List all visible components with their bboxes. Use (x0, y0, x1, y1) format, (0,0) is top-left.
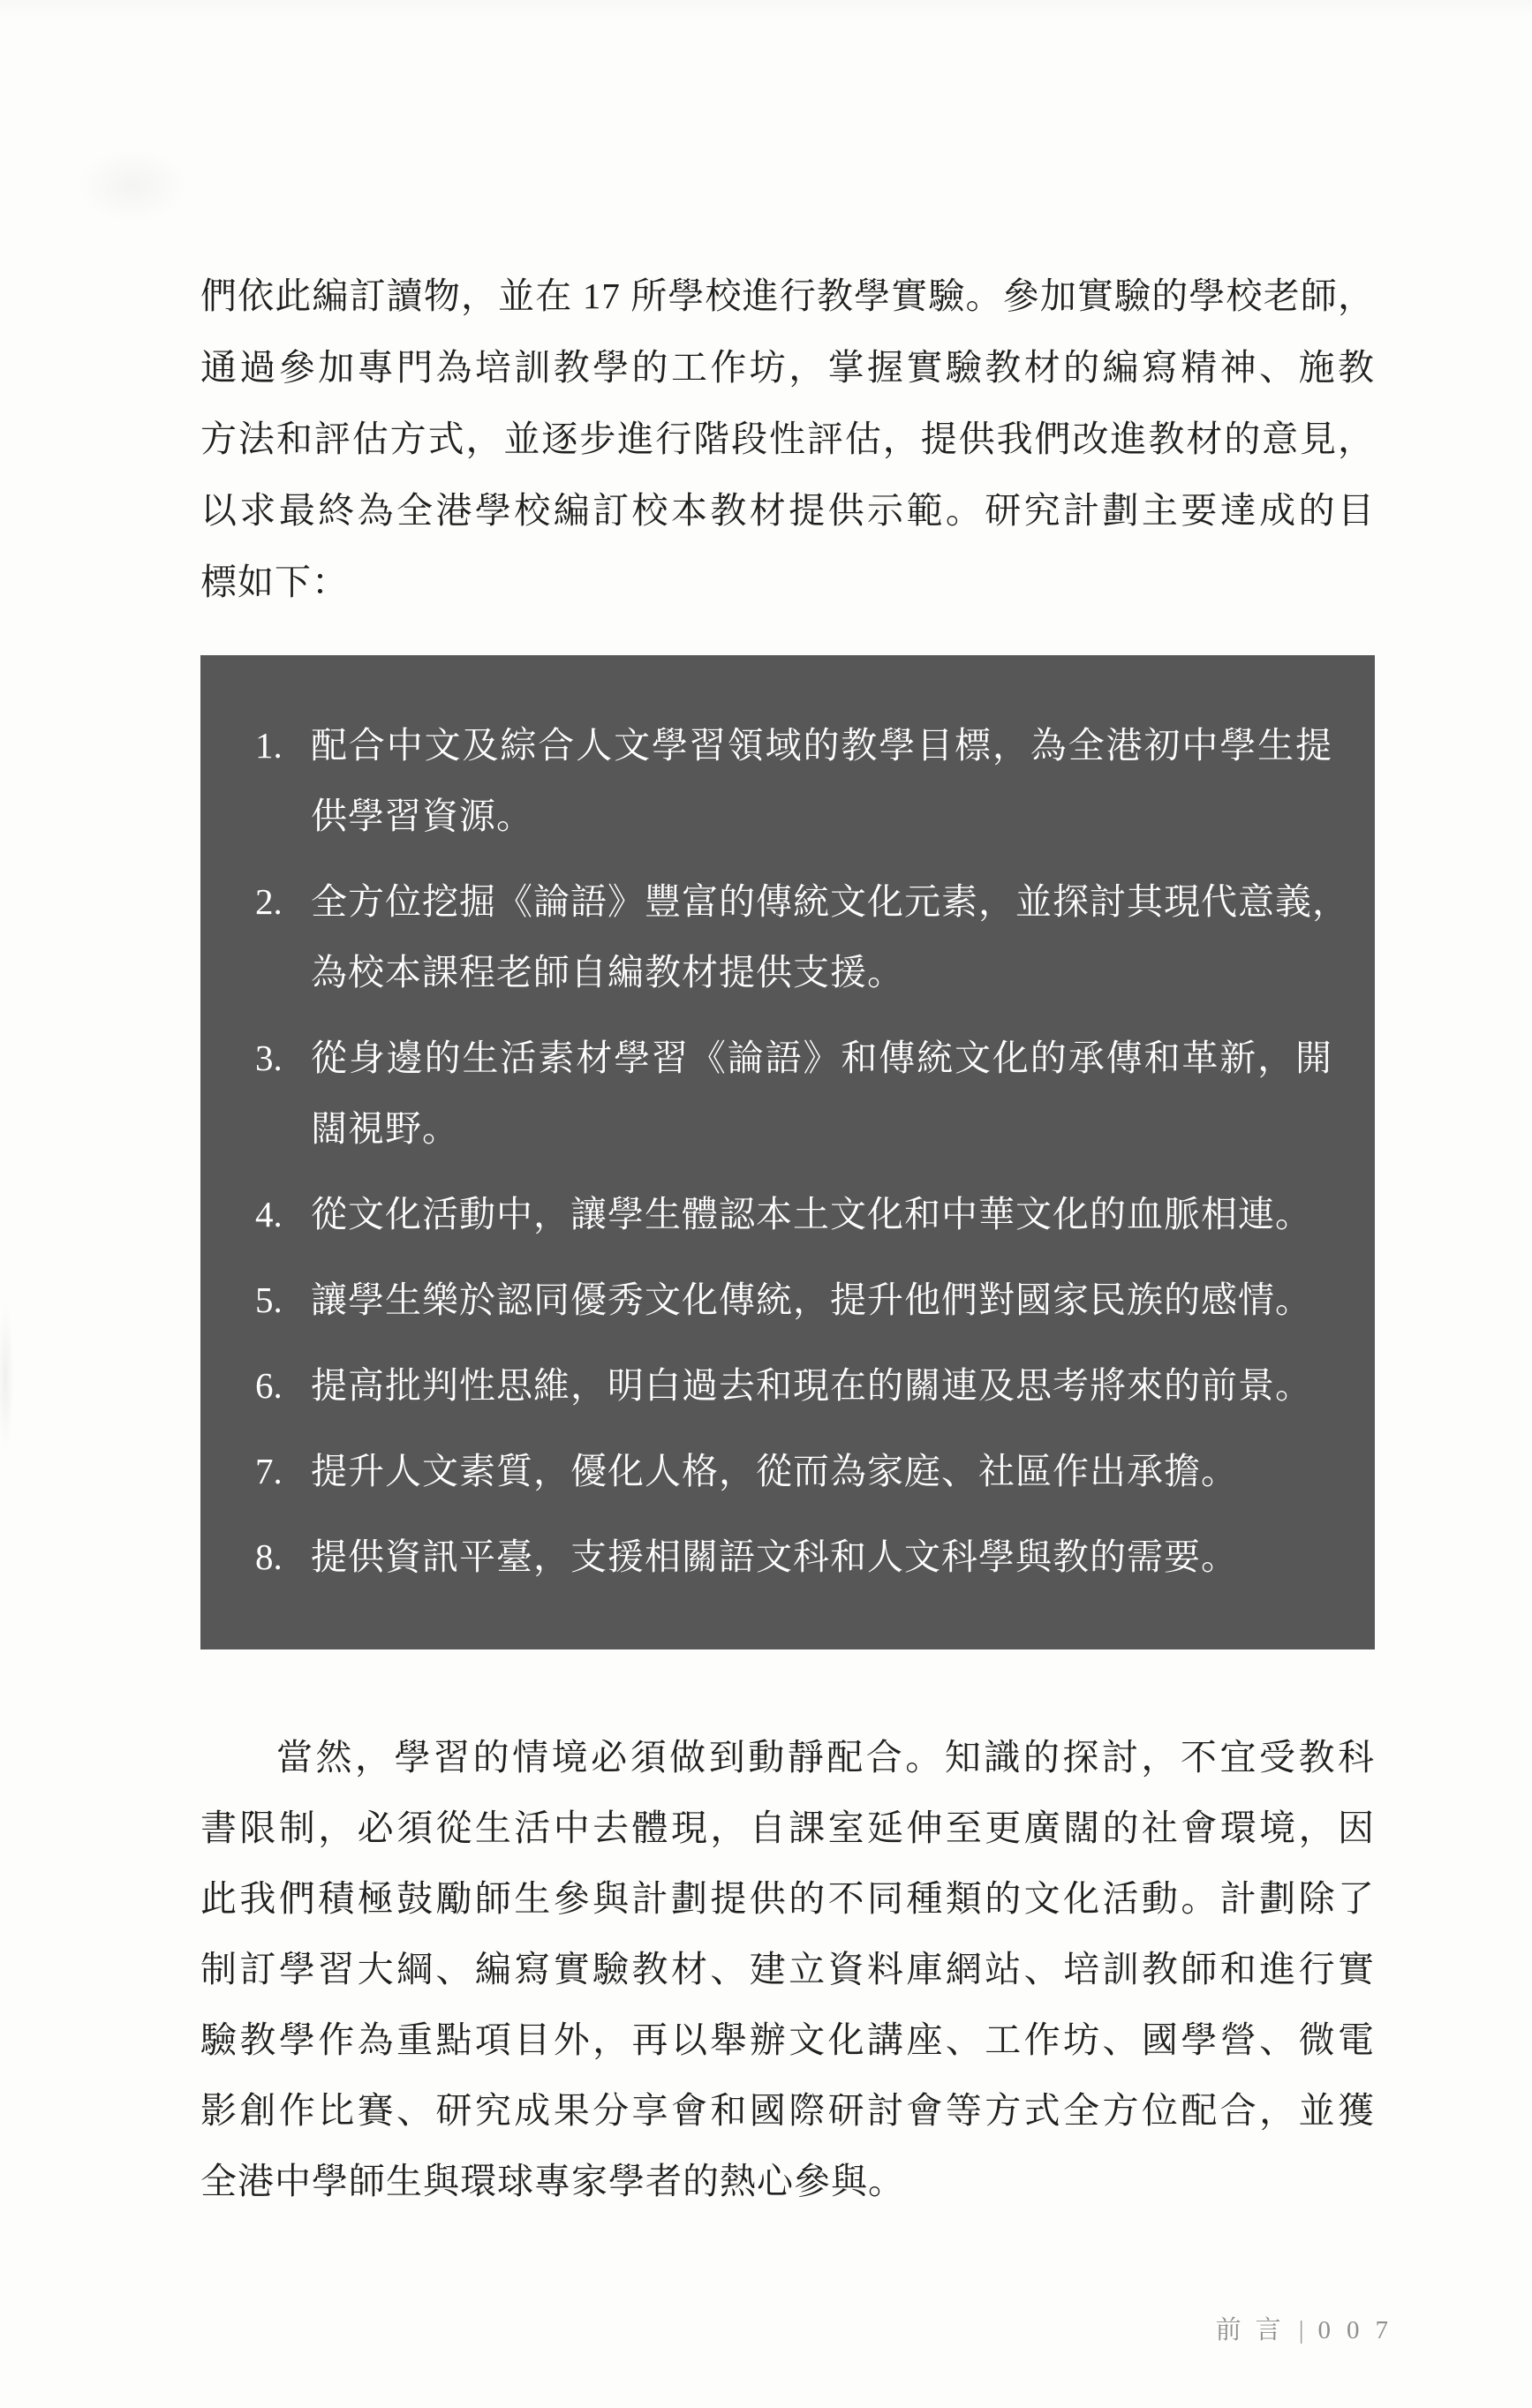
text-line: 通過參加專門為培訓教學的工作坊，掌握實驗教材的編寫精神、施教 (200, 332, 1375, 404)
text-line: 驗教學作為重點項目外，再以舉辦文化講座、工作坊、國學營、微電 (200, 2004, 1375, 2075)
item-text: 從身邊的生活素材學習《論語》和傳統文化的承傳和革新，開闊視野。 (311, 1023, 1332, 1164)
page-footer: 前言|007 (1216, 2310, 1404, 2346)
item-text: 提供資訊平臺，支援相關語文科和人文科學與教的需要。 (311, 1521, 1332, 1592)
text-line: 以求最終為全港學校編訂校本教材提供示範。研究計劃主要達成的目 (200, 475, 1375, 547)
text-line: 制訂學習大綱、編寫實驗教材、建立資料庫網站、培訓教師和進行實 (200, 1934, 1375, 2004)
text-line: 闊視野。 (311, 1093, 1332, 1164)
text-line: 全港中學師生與環球專家學者的熱心參與。 (200, 2146, 1375, 2216)
item-number: 8. (227, 1521, 311, 1592)
item-text: 配合中文及綜合人文學習領域的教學目標，為全港初中學生提供學習資源。 (311, 710, 1332, 851)
text-line: 供學習資源。 (311, 781, 1332, 851)
text-line: 配合中文及綜合人文學習領域的教學目標，為全港初中學生提 (311, 710, 1332, 781)
text-line: 從身邊的生活素材學習《論語》和傳統文化的承傳和革新，開 (311, 1023, 1332, 1093)
objective-item: 6.提高批判性思維，明白過去和現在的關連及思考將來的前景。 (227, 1350, 1332, 1421)
text-line: 影創作比賽、研究成果分享會和國際研討會等方式全方位配合，並獲 (200, 2075, 1375, 2146)
item-number: 4. (227, 1179, 311, 1249)
objective-item: 8.提供資訊平臺，支援相關語文科和人文科學與教的需要。 (227, 1521, 1332, 1592)
text-line: 讓學生樂於認同優秀文化傳統，提升他們對國家民族的感情。 (311, 1264, 1332, 1335)
text-line: 方法和評估方式，並逐步進行階段性評估，提供我們改進教材的意見， (200, 404, 1375, 475)
text-line: 全方位挖掘《論語》豐富的傳統文化元素，並探討其現代意義， (311, 866, 1332, 937)
item-text: 從文化活動中，讓學生體認本土文化和中華文化的血脈相連。 (311, 1179, 1332, 1249)
document-page: 們依此編訂讀物，並在 17 所學校進行教學實驗。參加實驗的學校老師，通過參加專門… (0, 0, 1532, 2408)
objective-item: 5.讓學生樂於認同優秀文化傳統，提升他們對國家民族的感情。 (227, 1264, 1332, 1335)
text-line: 為校本課程老師自編教材提供支援。 (311, 937, 1332, 1008)
objective-item: 1.配合中文及綜合人文學習領域的教學目標，為全港初中學生提供學習資源。 (227, 710, 1332, 851)
page-number: 007 (1318, 2316, 1405, 2344)
item-number: 1. (227, 710, 311, 851)
text-line: 們依此編訂讀物，並在 17 所學校進行教學實驗。參加實驗的學校老師， (200, 260, 1375, 332)
page-content: 們依此編訂讀物，並在 17 所學校進行教學實驗。參加實驗的學校老師，通過參加專門… (200, 260, 1375, 2216)
text-line: 書限制，必須從生活中去體現，自課室延伸至更廣闊的社會環境，因 (200, 1793, 1375, 1863)
footer-divider: | (1299, 2316, 1304, 2344)
objective-item: 4.從文化活動中，讓學生體認本土文化和中華文化的血脈相連。 (227, 1179, 1332, 1249)
objective-item: 3.從身邊的生活素材學習《論語》和傳統文化的承傳和革新，開闊視野。 (227, 1023, 1332, 1164)
objective-item: 2.全方位挖掘《論語》豐富的傳統文化元素，並探討其現代意義，為校本課程老師自編教… (227, 866, 1332, 1008)
item-number: 6. (227, 1350, 311, 1421)
closing-paragraph: 當然，學習的情境必須做到動靜配合。知識的探討，不宜受教科書限制，必須從生活中去體… (200, 1722, 1375, 2216)
item-text: 提升人文素質，優化人格，從而為家庭、社區作出承擔。 (311, 1436, 1332, 1506)
text-line: 從文化活動中，讓學生體認本土文化和中華文化的血脈相連。 (311, 1179, 1332, 1249)
text-line: 當然，學習的情境必須做到動靜配合。知識的探討，不宜受教科 (200, 1722, 1375, 1793)
text-line: 此我們積極鼓勵師生參與計劃提供的不同種類的文化活動。計劃除了 (200, 1863, 1375, 1934)
item-number: 7. (227, 1436, 311, 1506)
objectives-box: 1.配合中文及綜合人文學習領域的教學目標，為全港初中學生提供學習資源。2.全方位… (200, 655, 1375, 1649)
intro-paragraph: 們依此編訂讀物，並在 17 所學校進行教學實驗。參加實驗的學校老師，通過參加專門… (200, 260, 1375, 618)
item-number: 2. (227, 866, 311, 1008)
text-line: 提供資訊平臺，支援相關語文科和人文科學與教的需要。 (311, 1521, 1332, 1592)
item-text: 全方位挖掘《論語》豐富的傳統文化元素，並探討其現代意義，為校本課程老師自編教材提… (311, 866, 1332, 1008)
item-number: 5. (227, 1264, 311, 1335)
section-title: 前言 (1216, 2316, 1295, 2344)
text-line: 提升人文素質，優化人格，從而為家庭、社區作出承擔。 (311, 1436, 1332, 1506)
item-text: 提高批判性思維，明白過去和現在的關連及思考將來的前景。 (311, 1350, 1332, 1421)
text-line: 標如下： (200, 547, 1375, 618)
objective-item: 7.提升人文素質，優化人格，從而為家庭、社區作出承擔。 (227, 1436, 1332, 1506)
text-line: 提高批判性思維，明白過去和現在的關連及思考將來的前景。 (311, 1350, 1332, 1421)
item-text: 讓學生樂於認同優秀文化傳統，提升他們對國家民族的感情。 (311, 1264, 1332, 1335)
item-number: 3. (227, 1023, 311, 1164)
